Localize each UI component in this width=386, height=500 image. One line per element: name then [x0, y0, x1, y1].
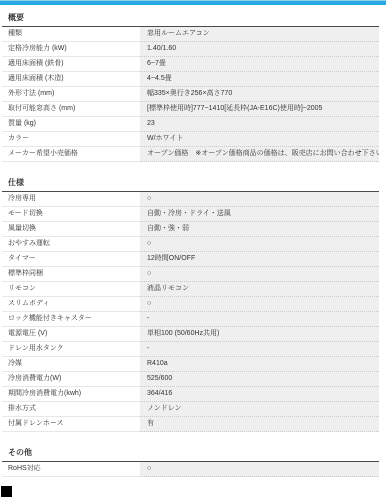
spec-value: 液晶リモコン [140, 282, 379, 297]
spec-row: ロック機能付きキャスター- [2, 312, 379, 327]
spec-row: モード切換自動・冷房・ドライ・送風 [2, 207, 379, 222]
spec-value: 12時間ON/OFF [140, 252, 379, 267]
spec-value: ○ [140, 297, 379, 312]
spec-label: 風量切換 [2, 222, 140, 237]
spec-value: 幅335×奥行き256×高さ770 [140, 87, 379, 102]
spec-label: 排水方式 [2, 402, 140, 417]
spec-row: 外形寸法 (mm)幅335×奥行き256×高さ770 [2, 87, 379, 102]
spec-table: 概要種類窓用ルームエアコン定格冷房能力 (kW)1.40/1.60適用床面積 (… [0, 12, 386, 477]
section-title-overview: 概要 [2, 12, 379, 27]
spec-label: 期間冷房消費電力(kwh) [2, 387, 140, 402]
spec-value: 4~4.5畳 [140, 72, 379, 87]
spec-label: 適用床面積 (鉄骨) [2, 57, 140, 72]
bottom-left-black-square [1, 486, 12, 497]
spec-value: - [140, 312, 379, 327]
spec-value: - [140, 342, 379, 357]
spec-label: 電源電圧 (V) [2, 327, 140, 342]
spec-row: 適用床面積 (鉄骨)6~7畳 [2, 57, 379, 72]
spec-row: 風量切換自動・強・弱 [2, 222, 379, 237]
spec-label: カラー [2, 132, 140, 147]
spec-label: タイマー [2, 252, 140, 267]
spec-value: W/ホワイト [140, 132, 379, 147]
spec-value: 525/600 [140, 372, 379, 387]
spec-label: おやすみ運転 [2, 237, 140, 252]
spec-row: ドレン用水タンク- [2, 342, 379, 357]
spec-label: モード切換 [2, 207, 140, 222]
spec-row: カラーW/ホワイト [2, 132, 379, 147]
spec-row: メーカー希望小売価格オープン価格 ※オープン価格商品の価格は、販売店にお問い合わ… [2, 147, 379, 162]
spec-label: 冷媒 [2, 357, 140, 372]
spec-label: 種類 [2, 27, 140, 42]
spec-label: ドレン用水タンク [2, 342, 140, 357]
spec-row: 質量 (kg)23 [2, 117, 379, 132]
spec-row: 付属ドレンホース有 [2, 417, 379, 432]
spec-row: リモコン液晶リモコン [2, 282, 379, 297]
spec-label: RoHS対応 [2, 462, 140, 477]
spec-label: スリムボディ [2, 297, 140, 312]
spec-row: 冷媒R410a [2, 357, 379, 372]
spec-label: 冷房消費電力(W) [2, 372, 140, 387]
spec-value: 6~7畳 [140, 57, 379, 72]
spec-value: ○ [140, 462, 379, 477]
spec-label: 取付可能窓高さ (mm) [2, 102, 140, 117]
section-specifications: 仕様冷房専用○モード切換自動・冷房・ドライ・送風風量切換自動・強・弱おやすみ運転… [2, 177, 379, 432]
spec-row: 取付可能窓高さ (mm)[標準枠使用時]777~1410[延長枠(JA-E16C… [2, 102, 379, 117]
spec-value: 自動・強・弱 [140, 222, 379, 237]
spec-value: 23 [140, 117, 379, 132]
top-accent-bar [0, 0, 386, 5]
spec-label: 質量 (kg) [2, 117, 140, 132]
spec-value: 364/416 [140, 387, 379, 402]
spec-row: タイマー12時間ON/OFF [2, 252, 379, 267]
spec-row: おやすみ運転○ [2, 237, 379, 252]
spec-row: 適用床面積 (木造)4~4.5畳 [2, 72, 379, 87]
spec-row: RoHS対応○ [2, 462, 379, 477]
spec-row: 期間冷房消費電力(kwh)364/416 [2, 387, 379, 402]
spec-row: 排水方式ノンドレン [2, 402, 379, 417]
spec-label: 適用床面積 (木造) [2, 72, 140, 87]
spec-value: ○ [140, 192, 379, 207]
spec-label: 外形寸法 (mm) [2, 87, 140, 102]
section-overview: 概要種類窓用ルームエアコン定格冷房能力 (kW)1.40/1.60適用床面積 (… [2, 12, 379, 162]
spec-value: オープン価格 ※オープン価格商品の価格は、販売店にお問い合わせ下さい。 [140, 147, 379, 162]
spec-row: 冷房消費電力(W)525/600 [2, 372, 379, 387]
spec-value: 単相100 (50/60Hz共用) [140, 327, 379, 342]
spec-row: 冷房専用○ [2, 192, 379, 207]
spec-value: ○ [140, 267, 379, 282]
spec-value: R410a [140, 357, 379, 372]
spec-value: 自動・冷房・ドライ・送風 [140, 207, 379, 222]
spec-value: 1.40/1.60 [140, 42, 379, 57]
spec-value: 有 [140, 417, 379, 432]
spec-value: [標準枠使用時]777~1410[延長枠(JA-E16C)使用時]~2005 [140, 102, 379, 117]
spec-row: 定格冷房能力 (kW)1.40/1.60 [2, 42, 379, 57]
section-other: その他RoHS対応○ [2, 447, 379, 477]
spec-label: ロック機能付きキャスター [2, 312, 140, 327]
spec-row: 種類窓用ルームエアコン [2, 27, 379, 42]
spec-label: リモコン [2, 282, 140, 297]
spec-label: 標準枠同梱 [2, 267, 140, 282]
spec-label: 定格冷房能力 (kW) [2, 42, 140, 57]
spec-row: スリムボディ○ [2, 297, 379, 312]
spec-label: 付属ドレンホース [2, 417, 140, 432]
section-title-other: その他 [2, 447, 379, 462]
spec-row: 電源電圧 (V)単相100 (50/60Hz共用) [2, 327, 379, 342]
spec-row: 標準枠同梱○ [2, 267, 379, 282]
spec-label: 冷房専用 [2, 192, 140, 207]
spec-value: ノンドレン [140, 402, 379, 417]
spec-value: 窓用ルームエアコン [140, 27, 379, 42]
spec-label: メーカー希望小売価格 [2, 147, 140, 162]
section-title-specifications: 仕様 [2, 177, 379, 192]
spec-value: ○ [140, 237, 379, 252]
